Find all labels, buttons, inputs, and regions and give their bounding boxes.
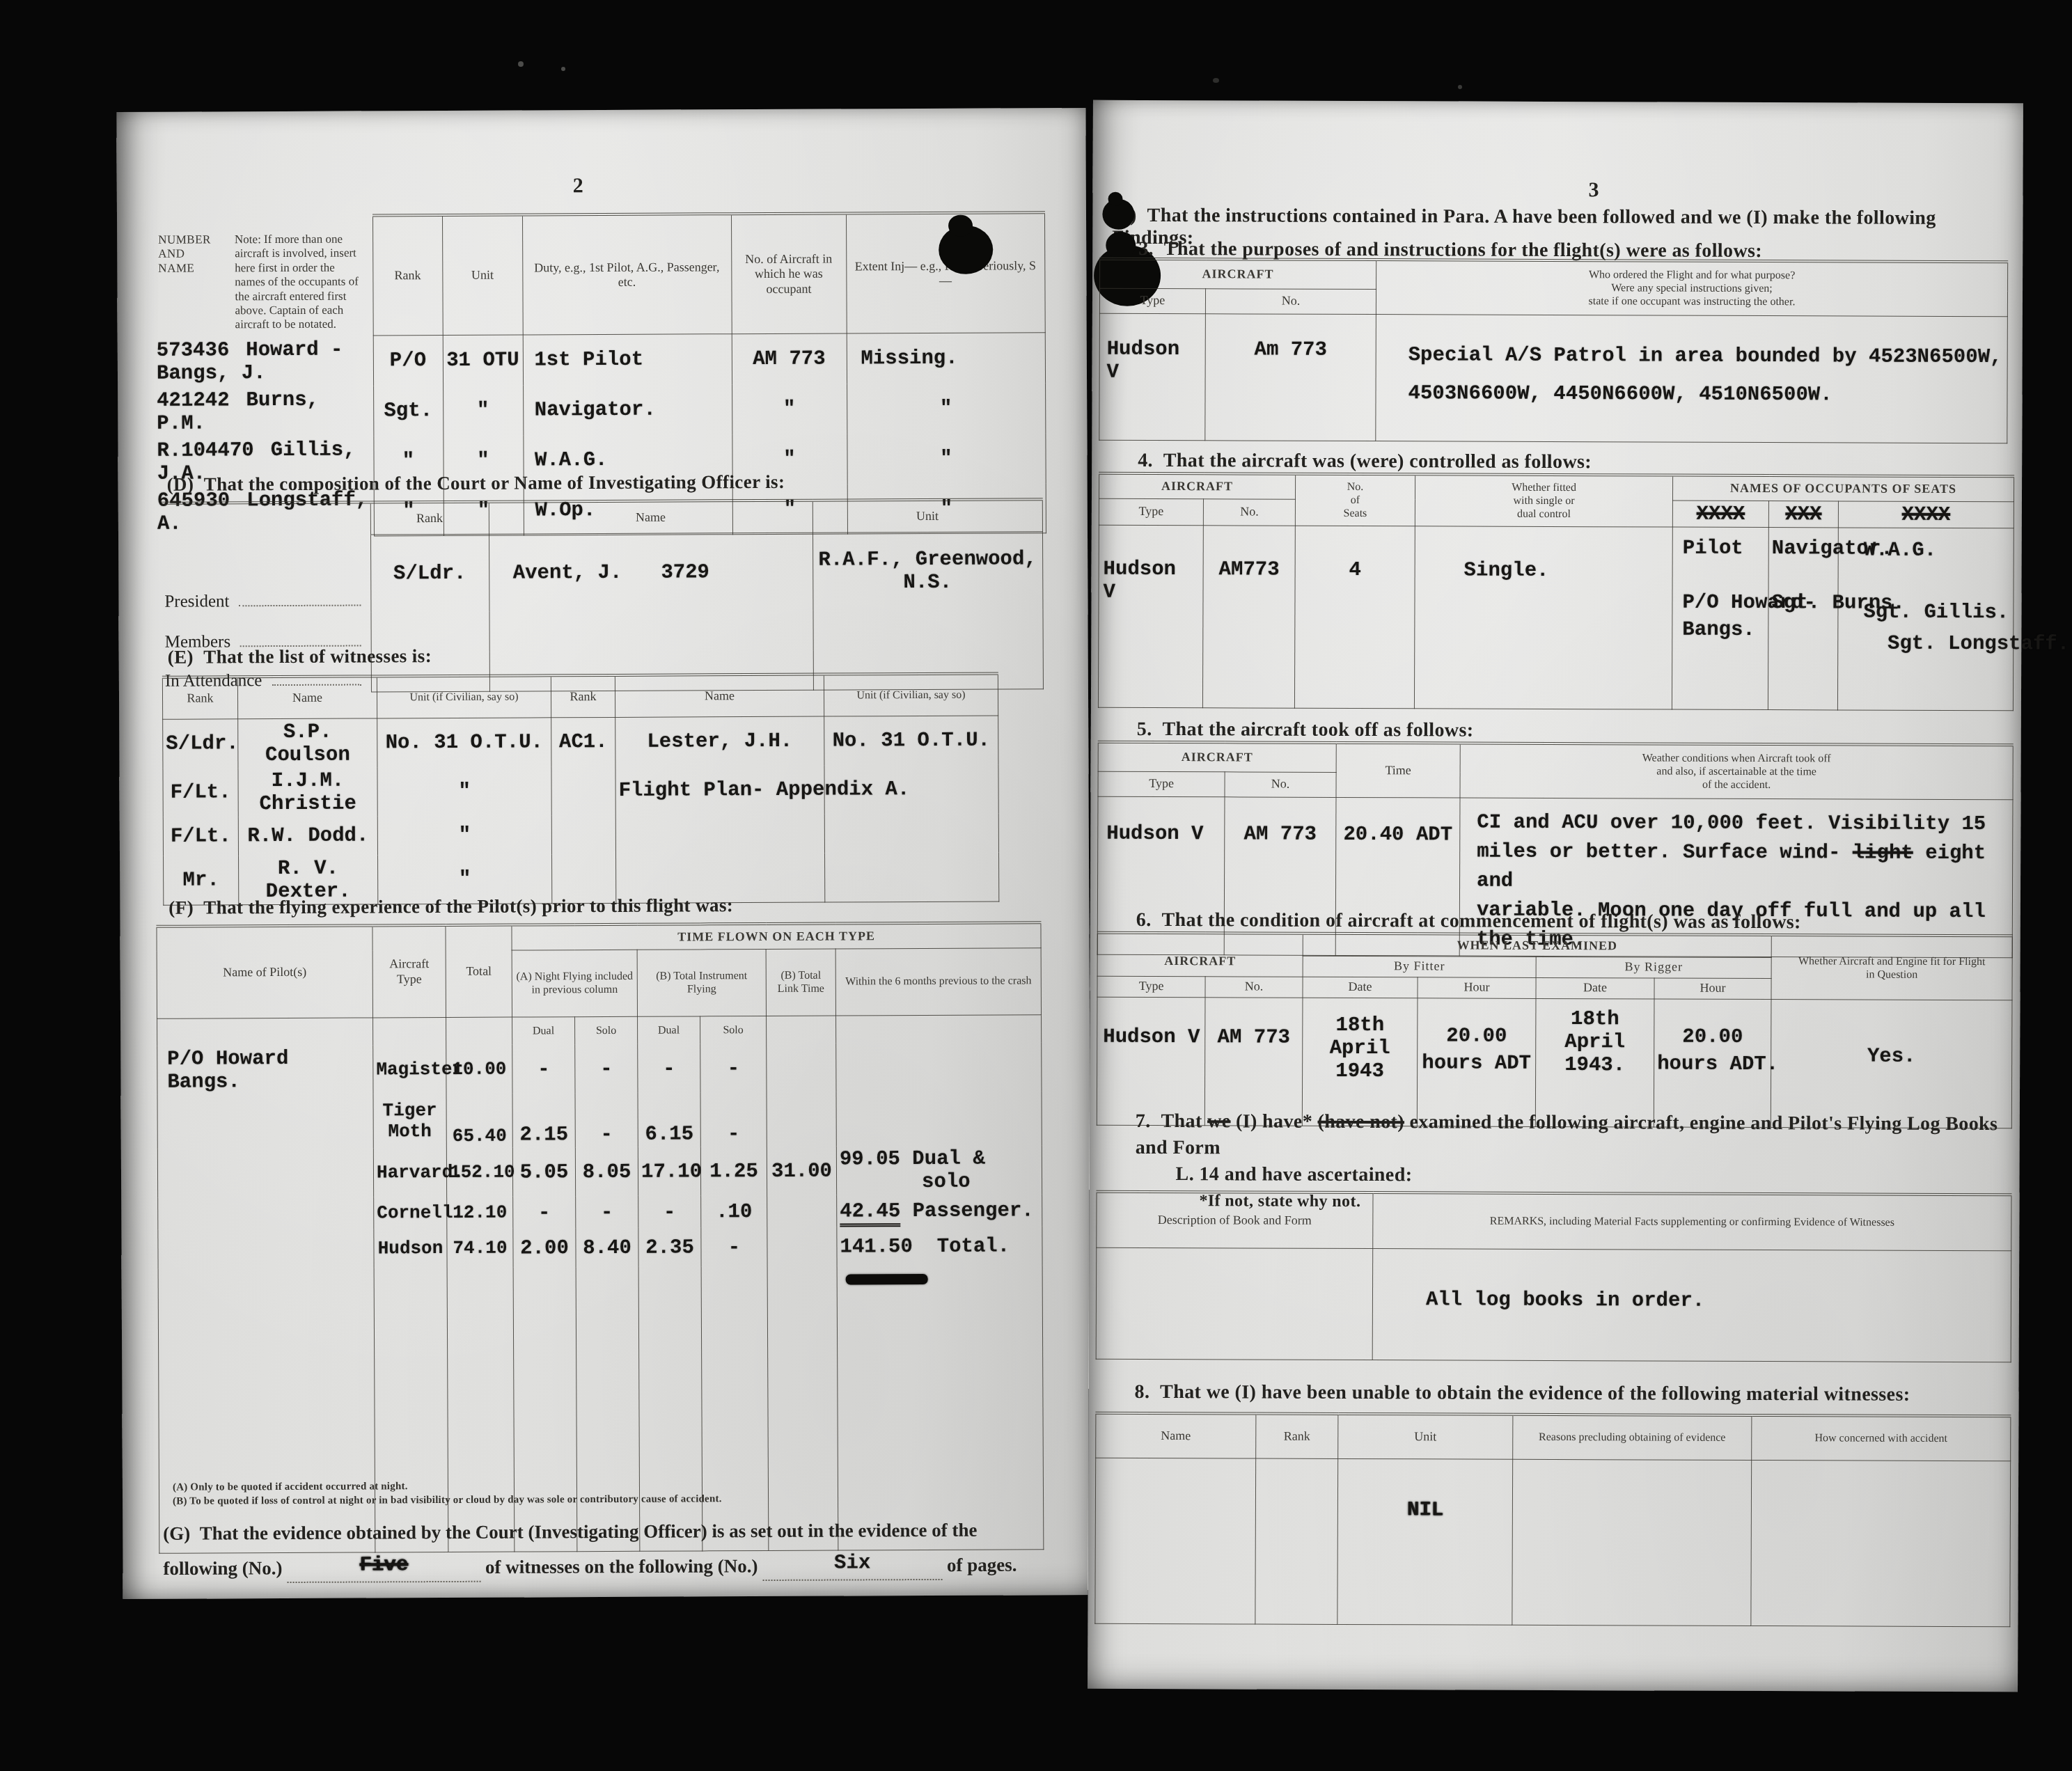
remarks-value: All log books in order. [1372, 1248, 2011, 1362]
night-dual: 2.15 [512, 1093, 575, 1147]
witness-unit: " [377, 815, 551, 855]
control-value: Single. [1414, 526, 1672, 709]
occupant-unit: " [443, 385, 523, 436]
col-extent: Extent Inj— e.g., Fat— Seriously, S— [846, 212, 1045, 333]
col-type: Type [1099, 498, 1203, 526]
inst-dual: 6.15 [638, 1092, 700, 1147]
aircraft-control-table: AIRCRAFT No. of Seats Whether fitted wit… [1098, 472, 2014, 711]
total: 12.10 [447, 1197, 513, 1229]
nil-value: NIL [1337, 1458, 1513, 1625]
occupants-header: NAMES OF OCCUPANTS OF SEATS [1673, 475, 2014, 502]
number-and-name-label: NUMBER AND NAME [156, 230, 223, 335]
pilot-name: P/O Howard Bangs. [157, 1045, 373, 1094]
occupant-rank: P/O [373, 336, 443, 386]
col-no: No. [1205, 976, 1303, 997]
rigger-date: 18th April 1943. [1535, 998, 1654, 1127]
page-number-left: 2 [573, 174, 583, 198]
flight-plan-note: Flight Plan- Appendix A. [615, 765, 824, 814]
flight-purpose-table: AIRCRAFT Who ordered the Flight and for … [1099, 258, 2008, 443]
night-solo: 8.40 [576, 1228, 638, 1267]
col-rank: Rank [1256, 1414, 1338, 1458]
missing-witnesses-table: Name Rank Unit Reasons precluding obtain… [1094, 1412, 2011, 1627]
type: Hudson [374, 1229, 447, 1268]
night-dual: - [513, 1196, 576, 1228]
occupant-duty: 1st Pilot [523, 334, 732, 385]
night-dual: 5.05 [512, 1147, 575, 1196]
inst-solo: - [700, 1044, 767, 1092]
wag-seat: W.A.G. Sgt. Gillis. Sgt. Longstaff. [1837, 527, 2014, 710]
by-fitter-header: By Fitter [1303, 956, 1536, 977]
time-header: Time [1336, 743, 1460, 798]
col-date: Date [1536, 977, 1654, 999]
six-months-harvard: 99.05 Dual & solo [836, 1145, 1042, 1195]
occupant-duty: Navigator. [523, 384, 732, 435]
remarks-header: REMARKS, including Material Facts supple… [1373, 1193, 2011, 1250]
witness-name: R.W. Dodd. [238, 816, 377, 856]
col-total: Total [446, 925, 512, 1017]
col-duty: Duty, e.g., 1st Pilot, A.G., Passenger, … [522, 214, 732, 335]
inst-dual: - [638, 1044, 700, 1092]
col-type: Type [1097, 976, 1205, 998]
time-flown-header: TIME FLOWN ON EACH TYPE [512, 922, 1041, 950]
inst-dual: 17.10 [638, 1147, 700, 1195]
aircraft-type: Hudson V [1098, 525, 1203, 708]
inst-solo: 1.25 [700, 1147, 767, 1195]
roster-note: Note: If more than one aircraft is invol… [233, 229, 370, 335]
col-name: Name [1096, 1413, 1256, 1458]
col-name-2: Name [615, 675, 824, 717]
col-rank: Rank [162, 677, 237, 718]
col-hour: Hour [1654, 977, 1771, 999]
col-pilot-name: Name of Pilot(s) [157, 925, 373, 1018]
section-d-heading: (D) That the composition of the Court or… [167, 471, 785, 496]
occupant-aircraft: " [732, 384, 847, 434]
occupant-extent: Missing. [847, 333, 1045, 384]
witness-rank: F/Lt. [163, 768, 238, 817]
condition-table: AIRCRAFT WHEN LAST EXAMINED Whether Airc… [1097, 931, 2013, 1128]
section-5-heading: 5. That the aircraft took off as follows… [1137, 718, 1474, 742]
president-unit: R.A.F., Greenwood, N.S. [813, 531, 1042, 610]
dust-speck [518, 61, 524, 67]
occupant-name: 421242Burns, P.M. [154, 386, 373, 436]
weather-header: Weather conditions when Aircraft took of… [1460, 743, 2013, 800]
by-rigger-header: By Rigger [1536, 957, 1771, 978]
type: Cornell. [374, 1197, 447, 1229]
section-e-heading: (E) That the list of witnesses is: [168, 645, 432, 668]
sub-dual: Dual [512, 1016, 575, 1044]
col-six-months: Within the 6 months previous to the cras… [835, 947, 1041, 1015]
aircraft-no: AM 773 [1204, 997, 1303, 1125]
inst-solo: - [701, 1227, 767, 1266]
col-type: Type [1099, 288, 1205, 314]
fitter-hour: 20.00 hours ADT [1417, 998, 1536, 1126]
col-date: Date [1303, 977, 1418, 998]
log-books-table: Description of Book and Form REMARKS, in… [1096, 1190, 2012, 1362]
crossed-out-seat-label: XXXX [1902, 503, 1951, 526]
col-how-concerned: How concerned with accident [1752, 1415, 2011, 1461]
footnotes: (A) Only to be quoted if accident occurr… [173, 1477, 1043, 1509]
witness-unit: " [377, 766, 551, 816]
crossed-out-seat-label: XXXX [1697, 502, 1745, 525]
witness-unit: No. 31 O.T.U. [824, 716, 998, 766]
ink-blot [939, 226, 993, 274]
witness-rank: S/Ldr. [163, 718, 238, 768]
col-no: No. [1203, 498, 1295, 525]
col-unit: Unit [813, 499, 1042, 532]
occupant-extent: " [847, 433, 1045, 484]
section-g: (G) That the evidence obtained by the Co… [163, 1514, 1058, 1584]
link-time: 31.00 [767, 1147, 836, 1195]
col-no: No. [1225, 771, 1336, 797]
aircraft-header: AIRCRAFT [1100, 259, 1376, 289]
total: 10.00 [446, 1045, 512, 1094]
col-unit: Unit [442, 215, 523, 336]
role-president: President [162, 534, 370, 613]
form-page-2: 2 NUMBER AND NAME Note: If more than one… [116, 108, 1092, 1599]
page-count-value: Six [834, 1551, 870, 1574]
occupant-unit: 31 OTU [443, 335, 523, 386]
dust-speck [1458, 85, 1462, 89]
page-number-right: 3 [1588, 178, 1599, 202]
type: Tiger Moth [373, 1094, 446, 1148]
ink-blot [1102, 199, 1134, 230]
president-name: Avent, J.3729 [489, 533, 813, 612]
col-unit: Unit [1338, 1414, 1513, 1459]
total: 74.10 [447, 1229, 513, 1268]
fit-value: Yes. [1771, 999, 2012, 1128]
col-instrument: (B) Total Instrument Flying [637, 949, 766, 1016]
inst-dual: 2.35 [638, 1227, 701, 1266]
col-rank-2: Rank [551, 675, 615, 717]
col-unit: Unit (if Civilian, say so) [377, 675, 551, 718]
col-night-flying: (A) Night Flying included in previous co… [512, 950, 637, 1017]
sub-solo: Solo [700, 1016, 767, 1044]
col-rank: Rank [370, 502, 489, 535]
night-solo: - [575, 1093, 638, 1147]
sub-solo: Solo [575, 1016, 638, 1044]
crossed-out-seat-label: XXX [1785, 503, 1821, 526]
aircraft-header: AIRCRAFT [1099, 473, 1295, 499]
witness-count-value: Five [359, 1553, 408, 1576]
total: 65.40 [446, 1094, 512, 1148]
occupant-name: 573436Howard - Bangs, J. [154, 336, 373, 386]
col-rank: Rank [372, 215, 443, 336]
rigger-hour: 20.00 hours ADT. [1654, 998, 1771, 1127]
occupant-extent: " [847, 383, 1045, 434]
sub-dual: Dual [638, 1016, 700, 1044]
col-aircraft: No. of Aircraft in which he was occupant [731, 213, 847, 333]
col-unit-2: Unit (if Civilian, say so) [824, 674, 998, 716]
witness-rank: F/Lt. [163, 817, 238, 856]
inst-solo: .10 [701, 1195, 767, 1227]
fit-header: Whether Aircraft and Engine fit for Flig… [1771, 935, 2012, 1000]
col-no: No. [1205, 288, 1376, 314]
aircraft-no: AM773 [1202, 525, 1295, 707]
seats-value: 4 [1294, 526, 1415, 709]
inst-dual: - [638, 1195, 701, 1227]
occupant-rank: Sgt. [373, 386, 443, 436]
six-months-cornell: 42.45 Passenger. [837, 1194, 1042, 1227]
dust-speck [561, 67, 565, 71]
section-8-heading: 8. That we (I) have been unable to obtai… [1134, 1381, 1910, 1406]
when-examined-header: WHEN LAST EXAMINED [1303, 934, 1771, 957]
occupant-aircraft: AM 773 [732, 333, 847, 384]
book-form-header: Description of Book and Form [1097, 1192, 1373, 1248]
col-aircraft-type: Aircraft Type [372, 925, 446, 1017]
witness-name: I.J.M. Christie [238, 767, 377, 817]
control-header: Whether fitted with single or dual contr… [1415, 474, 1672, 526]
section-f-heading: (F) That the flying experience of the Pi… [168, 895, 733, 919]
seats-header: No. of Seats [1295, 474, 1415, 526]
purpose-header: Who ordered the Flight and for what purp… [1376, 260, 2007, 316]
type: Harvard. [373, 1148, 446, 1197]
roster-header-left: NUMBER AND NAME Note: If more than one a… [153, 215, 373, 336]
aircraft-no: Am 773 [1205, 313, 1376, 441]
col-name: Name [237, 676, 377, 718]
president-rank: S/Ldr. [370, 534, 489, 613]
witness-name: Lester, J.H. [615, 716, 824, 766]
inst-solo: - [700, 1092, 767, 1147]
witness-rank: AC1. [551, 717, 615, 766]
aircraft-header: AIRCRAFT [1097, 933, 1303, 977]
col-type: Type [1098, 771, 1225, 797]
col-reasons: Reasons precluding obtaining of evidence [1513, 1415, 1752, 1460]
witness-unit: No. 31 O.T.U. [377, 717, 551, 767]
aircraft-header: AIRCRAFT [1098, 742, 1336, 772]
section-4-heading: 4. That the aircraft was (were) controll… [1138, 450, 1592, 473]
col-link-time: (B) Total Link Time [766, 949, 835, 1016]
witnesses-table: Rank Name Unit (if Civilian, say so) Ran… [162, 672, 999, 906]
night-dual: - [512, 1044, 575, 1093]
pilot-seat: Pilot P/O Howard- Bangs. [1672, 527, 1768, 709]
night-dual: 2.00 [513, 1228, 576, 1267]
aircraft-type: Hudson V [1097, 997, 1205, 1126]
flying-experience-table: Name of Pilot(s) Aircraft Type Total TIM… [156, 921, 1044, 1553]
total: 152.10 [446, 1148, 512, 1197]
purpose-text: Special A/S Patrol in area bounded by 45… [1376, 314, 2008, 443]
section-6-heading: 6. That the condition of aircraft at com… [1136, 909, 1801, 934]
night-solo: - [575, 1044, 638, 1093]
six-months-total: 141.50 Total. [837, 1226, 1042, 1266]
fitter-date: 18th April 1943 [1302, 998, 1418, 1126]
witness-name: S.P. Coulson [238, 718, 377, 767]
aircraft-type: Hudson V [1099, 313, 1206, 441]
navigator-seat: Navigator. Sgt. Burns. [1768, 527, 1838, 709]
col-hour: Hour [1418, 977, 1536, 998]
night-solo: - [576, 1196, 638, 1228]
type: Magister [373, 1045, 446, 1094]
night-solo: 8.05 [575, 1147, 638, 1196]
total-underline-mark [846, 1274, 928, 1285]
dust-speck [1213, 78, 1219, 83]
form-page-3: 3 (b) That the instructions contained in… [1088, 100, 2023, 1692]
col-name: Name [489, 501, 813, 534]
